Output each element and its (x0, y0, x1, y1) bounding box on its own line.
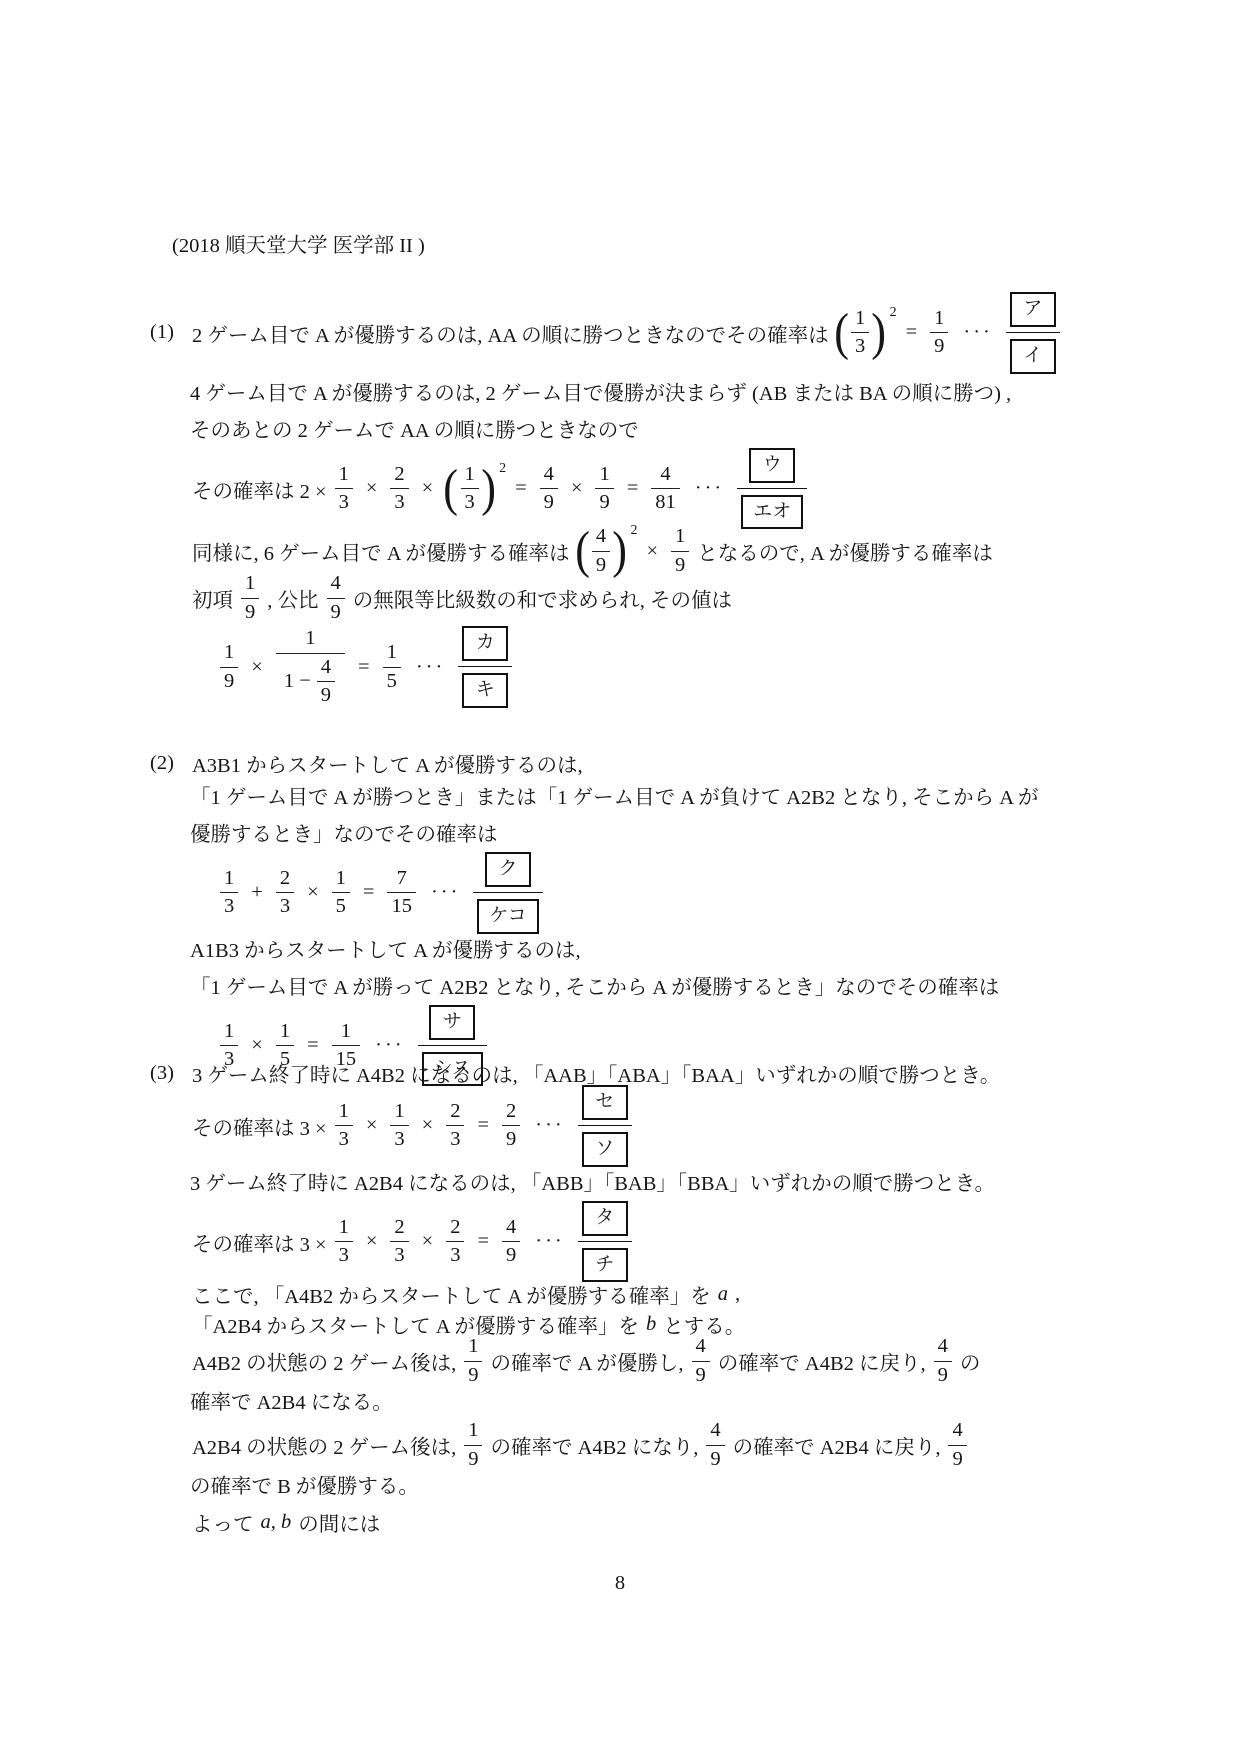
text-segment: その確率は 2 × (192, 474, 327, 504)
text-segment: その確率は 3 × (192, 1227, 327, 1257)
solution-formula: 13 + 23 × 15 = 715 ··· ク ケコ (150, 852, 1200, 934)
fraction-denominator: 3 (276, 892, 294, 918)
text-segment: の (960, 1346, 981, 1376)
fraction-numerator: 1 (851, 308, 869, 333)
fraction-numerator: 1 (332, 868, 350, 893)
fraction-numerator: 4 (692, 1336, 710, 1361)
fraction-numerator: 1 (220, 1021, 238, 1046)
fraction-denominator: 9 (327, 598, 345, 624)
answer-box-fraction: セ ソ (578, 1085, 632, 1167)
fraction-numerator: 2 (502, 1101, 520, 1126)
times-operator: × (251, 656, 263, 679)
fraction-numerator: 4 (540, 464, 558, 489)
fraction: 49 (502, 1217, 520, 1267)
fraction: 13 (335, 1101, 353, 1151)
ellipsis: ··· (431, 881, 460, 904)
fraction: 23 (446, 1217, 464, 1267)
ellipsis: ··· (375, 1034, 404, 1057)
fraction-denominator: 9 (502, 1125, 520, 1151)
exponent: 2 (499, 461, 506, 477)
fraction-numerator: 1 (335, 1217, 353, 1242)
fraction: 49 (317, 657, 335, 707)
fraction-numerator: 1 (337, 1021, 355, 1046)
text-segment: 同様に, 6 ゲーム目で A が優勝する確率は (192, 536, 570, 566)
solution-formula: その確率は 3 × 13 × 13 × 23 = 29 ··· セ ソ (150, 1085, 1200, 1167)
fraction: 49 (592, 526, 610, 576)
fraction: 13 (335, 1217, 353, 1267)
fraction-denominator: 9 (464, 1445, 482, 1471)
equals-sign: = (363, 881, 375, 904)
exponent: 2 (890, 305, 897, 321)
fraction-numerator: 1 (390, 1101, 408, 1126)
times-operator: × (422, 477, 434, 500)
fraction: 19 (671, 526, 689, 576)
answer-box-fraction: タ チ (578, 1201, 632, 1283)
fraction: 49 (327, 573, 345, 623)
fraction-denominator: 9 (592, 551, 610, 577)
answer-placeholder: エオ (741, 495, 803, 530)
math-variable: b (646, 1313, 656, 1336)
answer-placeholder: ケコ (477, 899, 538, 934)
fraction: 13 (390, 1101, 408, 1151)
times-operator: × (571, 477, 583, 500)
ellipsis: ··· (695, 477, 724, 500)
fraction: 13 (851, 308, 869, 358)
fraction-denominator: 3 (851, 332, 869, 358)
solution-line: よって a, b の間には (150, 1507, 1200, 1537)
fraction-denominator: 3 (390, 488, 408, 514)
fraction-denominator: 9 (692, 1361, 710, 1387)
fraction-denominator: 9 (317, 681, 335, 707)
fraction-denominator: 3 (335, 1241, 353, 1267)
math-variable: a, b (261, 1511, 292, 1534)
text-segment: 1 − (284, 671, 311, 693)
parenthesized-power: ( 13 ) 2 (833, 308, 897, 358)
fraction-numerator: 1 (595, 464, 613, 489)
answer-box-top: タ (578, 1201, 632, 1241)
page-number: 8 (0, 1572, 1240, 1595)
ellipsis: ··· (963, 321, 992, 344)
fraction-denominator: 5 (332, 892, 350, 918)
fraction: 49 (948, 1420, 966, 1470)
answer-placeholder: セ (582, 1085, 628, 1120)
fraction: 19 (464, 1336, 482, 1386)
times-operator: × (366, 1230, 378, 1253)
exponent: 2 (630, 523, 637, 539)
fraction-numerator: 2 (390, 1217, 408, 1242)
fraction: 49 (692, 1336, 710, 1386)
item-label: (3) (150, 1062, 190, 1085)
fraction-numerator: 1 (461, 464, 479, 489)
times-operator: × (307, 881, 319, 904)
answer-box-fraction: カ キ (458, 626, 512, 708)
fraction-denominator: 9 (706, 1445, 724, 1471)
text-segment: 初項 (192, 583, 233, 613)
item-label: (1) (150, 321, 190, 344)
fraction-numerator: 7 (393, 868, 411, 893)
answer-box-top: サ (425, 1005, 479, 1045)
equals-sign: = (906, 321, 918, 344)
fraction-denominator: 9 (220, 667, 238, 693)
solution-formula: その確率は 2 × 13 × 23 × ( 13 ) 2 = 49 × 19 =… (150, 448, 1200, 530)
document-page: (2018 順天堂大学 医学部 II ) (1) 2 ゲーム目で A が優勝する… (0, 0, 1240, 1753)
item-label: (2) (150, 752, 190, 775)
answer-placeholder: ア (1010, 292, 1056, 327)
solution-line: 4 ゲーム目で A が優勝するのは, 2 ゲーム目で優勝が決まらず (AB また… (150, 377, 1200, 411)
section-3: (3) 3 ゲーム終了時に A4B2 になるのは, 「AAB」「ABA」「BAA… (150, 1058, 1200, 1537)
fraction: 15 (332, 868, 350, 918)
solution-line: そのあとの 2 ゲームで AA の順に勝つときなので (150, 414, 1200, 448)
answer-placeholder: イ (1010, 339, 1056, 374)
solution-line: ここで, 「A4B2 からスタートして A が優勝する確率」を a , (150, 1279, 1200, 1309)
answer-box-top: カ (458, 626, 512, 666)
fraction-denominator: 3 (446, 1125, 464, 1151)
fraction-numerator: 1 (930, 308, 948, 333)
text-segment: の無限等比級数の和で求められ, その値は (353, 583, 732, 613)
fraction-numerator: 4 (327, 573, 345, 598)
solution-line: A2B4 の状態の 2 ゲーム後は, 19 の確率で A4B2 になり, 49 … (150, 1420, 1200, 1470)
fraction: 49 (540, 464, 558, 514)
times-operator: × (646, 540, 658, 563)
times-operator: × (366, 477, 378, 500)
equals-sign: = (515, 477, 527, 500)
equals-sign: = (307, 1034, 319, 1057)
compound-fraction: 1 1 − 49 (276, 628, 345, 707)
fraction-denominator: 3 (220, 892, 238, 918)
fraction-denominator: 9 (934, 1361, 952, 1387)
solution-line: 初項 19 , 公比 49 の無限等比級数の和で求められ, その値は (150, 573, 1200, 623)
fraction: 19 (464, 1420, 482, 1470)
fraction-numerator: 4 (656, 464, 674, 489)
fraction-numerator: 1 (335, 464, 353, 489)
fraction: 23 (390, 464, 408, 514)
fraction-denominator: 9 (930, 332, 948, 358)
fraction-numerator: 4 (934, 1336, 952, 1361)
fraction-denominator: 9 (241, 598, 259, 624)
fraction-numerator: 2 (446, 1217, 464, 1242)
answer-placeholder: チ (582, 1248, 628, 1283)
left-paren: ( (575, 526, 590, 576)
fraction: 15 (383, 642, 401, 692)
right-paren: ) (481, 464, 496, 514)
text-segment: , 公比 (267, 583, 318, 613)
section-1: (1) 2 ゲーム目で A が優勝するのは, AA の順に勝つときなのでその確率… (150, 292, 1200, 714)
fraction-numerator: 2 (390, 464, 408, 489)
answer-box-top: ウ (745, 448, 799, 488)
fraction-denominator: 3 (335, 1125, 353, 1151)
text-segment: の確率で A2B4 に戻り, (733, 1430, 941, 1460)
text-segment: その確率は 3 × (192, 1111, 327, 1141)
fraction-numerator: 4 (592, 526, 610, 551)
fraction-denominator: 9 (540, 488, 558, 514)
fraction-denominator: 81 (651, 488, 680, 514)
solution-line: (1) 2 ゲーム目で A が優勝するのは, AA の順に勝つときなのでその確率… (150, 292, 1200, 374)
text-segment: の確率で A4B2 になり, (490, 1430, 698, 1460)
text-segment: の確率で A4B2 に戻り, (718, 1346, 926, 1376)
fraction-numerator: 2 (446, 1101, 464, 1126)
answer-placeholder: ク (485, 852, 531, 887)
fraction-denominator: 3 (461, 488, 479, 514)
equals-sign: = (627, 477, 639, 500)
left-paren: ( (443, 464, 458, 514)
fraction-numerator: 1 (671, 526, 689, 551)
fraction-denominator: 9 (595, 488, 613, 514)
fraction: 23 (446, 1101, 464, 1151)
text-segment: A2B4 の状態の 2 ゲーム後は, (192, 1430, 456, 1460)
fraction-numerator: 1 (276, 1021, 294, 1046)
fraction-numerator: 1 (383, 642, 401, 667)
fraction-numerator: 2 (276, 868, 294, 893)
equals-sign: = (358, 656, 370, 679)
solution-line: A4B2 の状態の 2 ゲーム後は, 19 の確率で A が優勝し, 49 の確… (150, 1336, 1200, 1386)
answer-box-top: ク (481, 852, 535, 892)
fraction-numerator: 1 (464, 1336, 482, 1361)
fraction-denominator: 9 (671, 551, 689, 577)
solution-line: 「1 ゲーム目で A が勝って A2B2 となり, そこから A が優勝するとき… (150, 971, 1200, 1005)
fraction: 481 (651, 464, 680, 514)
text-segment: の間には (298, 1507, 380, 1537)
answer-placeholder: サ (429, 1005, 475, 1040)
answer-box-top: ア (1006, 292, 1060, 332)
fraction: 19 (220, 642, 238, 692)
right-paren: ) (612, 526, 627, 576)
fraction-numerator: 1 (220, 868, 238, 893)
answer-placeholder: カ (462, 626, 508, 661)
fraction: 715 (387, 868, 416, 918)
answer-box-bottom: イ (1006, 332, 1060, 374)
answer-box-fraction: ア イ (1006, 292, 1060, 374)
fraction: 29 (502, 1101, 520, 1151)
fraction-denominator: 3 (446, 1241, 464, 1267)
fraction: 23 (390, 1217, 408, 1267)
solution-line: の確率で B が優勝する。 (150, 1470, 1200, 1504)
text-segment: 3 ゲーム終了時に A4B2 になるのは, 「AAB」「ABA」「BAA」いずれ… (192, 1058, 1000, 1088)
fraction-numerator: 4 (706, 1420, 724, 1445)
text-segment: A3B1 からスタートして A が優勝するのは, (192, 748, 583, 778)
equals-sign: = (477, 1230, 489, 1253)
fraction: 13 (335, 464, 353, 514)
fraction-numerator: 1 (220, 642, 238, 667)
text-segment: となるので, A が優勝する確率は (697, 536, 993, 566)
answer-box-bottom: ソ (578, 1125, 632, 1167)
fraction: 13 (461, 464, 479, 514)
math-variable: a (718, 1283, 728, 1306)
fraction: 49 (934, 1336, 952, 1386)
fraction: 19 (930, 308, 948, 358)
solution-line: 同様に, 6 ゲーム目で A が優勝する確率は ( 49 ) 2 × 19 とな… (150, 526, 1200, 576)
fraction-numerator: 4 (502, 1217, 520, 1242)
solution-formula: その確率は 3 × 13 × 23 × 23 = 49 ··· タ チ (150, 1201, 1200, 1283)
answer-box-bottom: ケコ (473, 892, 542, 934)
ellipsis: ··· (416, 656, 445, 679)
answer-placeholder: キ (462, 673, 508, 708)
answer-placeholder: ウ (749, 448, 795, 483)
fraction-denominator: 3 (390, 1241, 408, 1267)
text-segment: , (735, 1283, 740, 1306)
text-segment: よって (192, 1507, 254, 1537)
answer-box-fraction: ウ エオ (737, 448, 807, 530)
fraction-denominator: 15 (387, 892, 416, 918)
answer-box-bottom: キ (458, 666, 512, 708)
solution-line: (3) 3 ゲーム終了時に A4B2 になるのは, 「AAB」「ABA」「BAA… (150, 1058, 1200, 1088)
fraction-numerator: 1 (241, 573, 259, 598)
answer-box-bottom: チ (578, 1241, 632, 1283)
fraction: 49 (706, 1420, 724, 1470)
fraction-numerator: 1 (301, 628, 319, 653)
answer-box-top: セ (578, 1085, 632, 1125)
fraction-denominator: 9 (948, 1445, 966, 1471)
fraction-numerator: 4 (317, 657, 335, 682)
times-operator: × (251, 1034, 263, 1057)
text-segment: 「A2B4 からスタートして A が優勝する確率」を (192, 1309, 639, 1339)
answer-box-bottom: エオ (737, 488, 807, 530)
fraction-numerator: 1 (464, 1420, 482, 1445)
right-paren: ) (872, 308, 887, 358)
fraction-denominator: 9 (502, 1241, 520, 1267)
solution-formula: 19 × 1 1 − 49 = 15 ··· カ キ (150, 626, 1200, 708)
text-segment: 2 ゲーム目で A が優勝するのは, AA の順に勝つときなのでその確率は (192, 318, 829, 348)
fraction-denominator: 5 (383, 667, 401, 693)
ellipsis: ··· (535, 1230, 564, 1253)
fraction-denominator: 3 (390, 1125, 408, 1151)
solution-line: 「1 ゲーム目で A が勝つとき」または「1 ゲーム目で A が負けて A2B2… (150, 781, 1200, 815)
fraction: 23 (276, 868, 294, 918)
fraction-denominator: 9 (464, 1361, 482, 1387)
source-line: (2018 順天堂大学 医学部 II ) (172, 228, 425, 258)
fraction: 13 (220, 868, 238, 918)
fraction-numerator: 1 (335, 1101, 353, 1126)
parenthesized-power: ( 49 ) 2 (574, 526, 638, 576)
ellipsis: ··· (535, 1114, 564, 1137)
parenthesized-power: ( 13 ) 2 (442, 464, 506, 514)
times-operator: × (422, 1114, 434, 1137)
solution-line: 「A2B4 からスタートして A が優勝する確率」を b とする。 (150, 1309, 1200, 1339)
answer-box-fraction: ク ケコ (473, 852, 542, 934)
solution-line: 確率で A2B4 になる。 (150, 1386, 1200, 1420)
left-paren: ( (834, 308, 849, 358)
solution-line: (2) A3B1 からスタートして A が優勝するのは, (150, 748, 1200, 778)
text-segment: ここで, 「A4B2 からスタートして A が優勝する確率」を (192, 1279, 711, 1309)
times-operator: × (422, 1230, 434, 1253)
times-operator: × (366, 1114, 378, 1137)
solution-line: 優勝するとき」なのでその確率は (150, 818, 1200, 852)
fraction: 19 (595, 464, 613, 514)
solution-line: A1B3 からスタートして A が優勝するのは, (150, 934, 1200, 968)
fraction-numerator: 4 (948, 1420, 966, 1445)
answer-placeholder: タ (582, 1201, 628, 1236)
section-2: (2) A3B1 からスタートして A が優勝するのは, 「1 ゲーム目で A … (150, 748, 1200, 1083)
fraction: 19 (241, 573, 259, 623)
text-segment: A4B2 の状態の 2 ゲーム後は, (192, 1346, 456, 1376)
solution-line: 3 ゲーム終了時に A2B4 になるのは, 「ABB」「BAB」「BBA」いずれ… (150, 1167, 1200, 1201)
text-segment: の確率で A が優勝し, (490, 1346, 683, 1376)
equals-sign: = (477, 1114, 489, 1137)
fraction-denominator: 1 − 49 (276, 653, 345, 707)
fraction-denominator: 3 (335, 488, 353, 514)
answer-placeholder: ソ (582, 1132, 628, 1167)
plus-operator: + (251, 881, 263, 904)
